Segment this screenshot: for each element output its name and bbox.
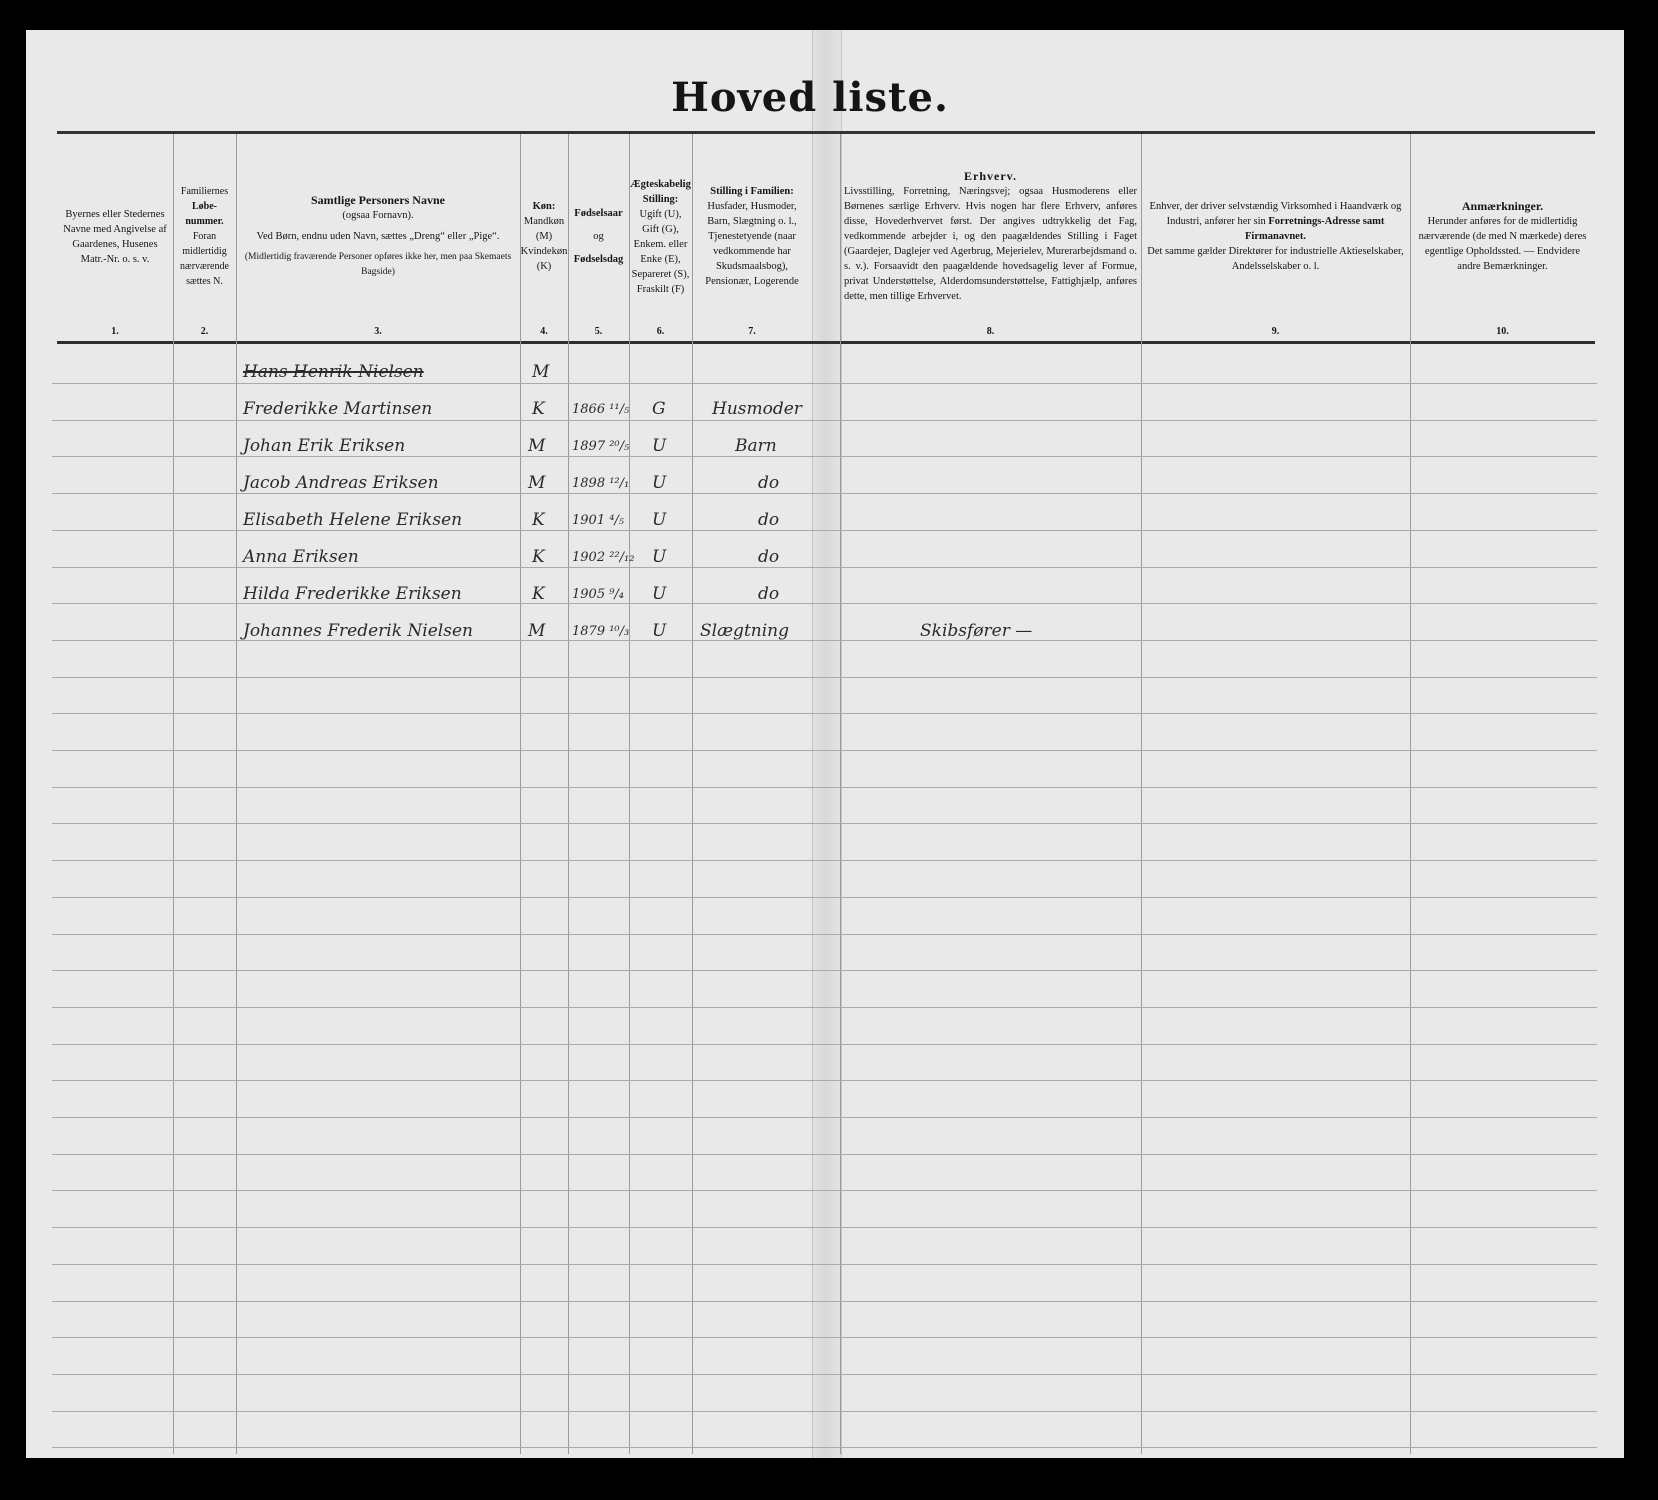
header-rule (57, 341, 1595, 344)
entry-name: Frederikke Martinsen (243, 399, 432, 419)
entry-name: Johannes Frederik Nielsen (243, 621, 473, 641)
entry-marital: U (652, 584, 666, 604)
row-line (52, 1227, 1597, 1228)
row-line (52, 1044, 1597, 1045)
entry-family-role: Slægtning (700, 621, 789, 641)
row-line (52, 1337, 1597, 1338)
header-col-10: Anmærkninger.Herunder anføres for de mid… (1410, 134, 1595, 339)
entry-name: Johan Erik Eriksen (243, 436, 405, 456)
row-line (52, 1154, 1597, 1155)
entry-birth: 1879 ¹⁰/₃ (572, 624, 629, 639)
row-line (52, 383, 1597, 384)
row-line (52, 750, 1597, 751)
entry-name: Jacob Andreas Eriksen (243, 473, 439, 493)
header-col-7: Stilling i Familien:Husfader, Husmoder, … (692, 134, 812, 339)
entry-name: Hans Henrik Nielsen (243, 362, 424, 382)
row-line (52, 420, 1597, 421)
entry-marital: U (652, 436, 666, 456)
column-number: 3. (236, 326, 520, 337)
entry-family-role: do (758, 584, 779, 604)
entry-name: Hilda Frederikke Eriksen (243, 584, 462, 604)
row-line (52, 1080, 1597, 1081)
row-line (52, 456, 1597, 457)
entry-family-role: do (758, 547, 779, 567)
row-line (52, 1374, 1597, 1375)
entry-sex: K (532, 584, 545, 604)
column-number: 6. (629, 326, 692, 337)
column-number: 9. (1141, 326, 1410, 337)
header-col-4: Køn:Mandkøn (M) Kvindekøn (K) (520, 134, 568, 339)
row-line (52, 1007, 1597, 1008)
header-col-2: FamiliernesLøbe-nummer.Foran midlertidig… (173, 134, 236, 339)
row-line (52, 1411, 1597, 1412)
column-number: 10. (1410, 326, 1595, 337)
column-number: 4. (520, 326, 568, 337)
entry-family-role: Husmoder (712, 399, 802, 419)
row-line (52, 493, 1597, 494)
entry-birth: 1897 ²⁰/₅ (572, 439, 629, 454)
header-col-6: Ægteskabelig Stilling:Ugift (U), Gift (G… (629, 134, 692, 339)
header-col-9: Enhver, der driver selvstændig Virksomhe… (1141, 134, 1410, 339)
column-number: 5. (568, 326, 629, 337)
row-line (52, 1117, 1597, 1118)
entry-marital: U (652, 510, 666, 530)
column-number: 7. (692, 326, 812, 337)
row-line (52, 1264, 1597, 1265)
entry-sex: K (532, 547, 545, 567)
entry-sex: M (528, 473, 545, 493)
row-line (52, 713, 1597, 714)
entry-marital: U (652, 473, 666, 493)
entry-family-role: do (758, 510, 779, 530)
row-line (52, 970, 1597, 971)
entry-birth: 1898 ¹²/₁ (572, 476, 629, 491)
row-line (52, 934, 1597, 935)
entry-name: Anna Eriksen (243, 547, 359, 567)
entry-occupation: Skibsfører — (920, 621, 1032, 641)
entry-sex: M (528, 436, 545, 456)
header-col-8: Erhverv.Livsstilling, Forretning, Næring… (840, 134, 1141, 339)
row-line (52, 530, 1597, 531)
column-number: 1. (57, 326, 173, 337)
entry-marital: U (652, 547, 666, 567)
page-fold (812, 30, 842, 1458)
header-col-1: Byernes eller Stedernes Navne med Angive… (57, 134, 173, 339)
entry-birth: 1905 ⁹/₄ (572, 587, 624, 602)
row-line (52, 1301, 1597, 1302)
entry-sex: M (528, 621, 545, 641)
column-number: 8. (840, 326, 1141, 337)
header-col-3: Samtlige Personers Navne(ogsaa Fornavn).… (236, 134, 520, 339)
entry-marital: G (652, 399, 666, 419)
entry-sex: M (532, 362, 549, 382)
entry-sex: K (532, 399, 545, 419)
entry-birth: 1901 ⁴/₅ (572, 513, 624, 528)
entry-birth: 1902 ²²/₁₂ (572, 550, 634, 565)
row-line (52, 823, 1597, 824)
entry-name: Elisabeth Helene Eriksen (243, 510, 462, 530)
entry-family-role: do (758, 473, 779, 493)
header-col-5: FødselsaarogFødselsdag (568, 134, 629, 339)
row-line (52, 897, 1597, 898)
page-title: Hoved liste. (640, 74, 980, 121)
row-line (52, 677, 1597, 678)
entry-sex: K (532, 510, 545, 530)
row-line (52, 860, 1597, 861)
row-line (52, 1447, 1597, 1448)
column-number: 2. (173, 326, 236, 337)
row-line (52, 567, 1597, 568)
entry-family-role: Barn (735, 436, 777, 456)
entry-birth: 1866 ¹¹/₅ (572, 402, 629, 417)
entry-marital: U (652, 621, 666, 641)
row-line (52, 1190, 1597, 1191)
row-line (52, 787, 1597, 788)
